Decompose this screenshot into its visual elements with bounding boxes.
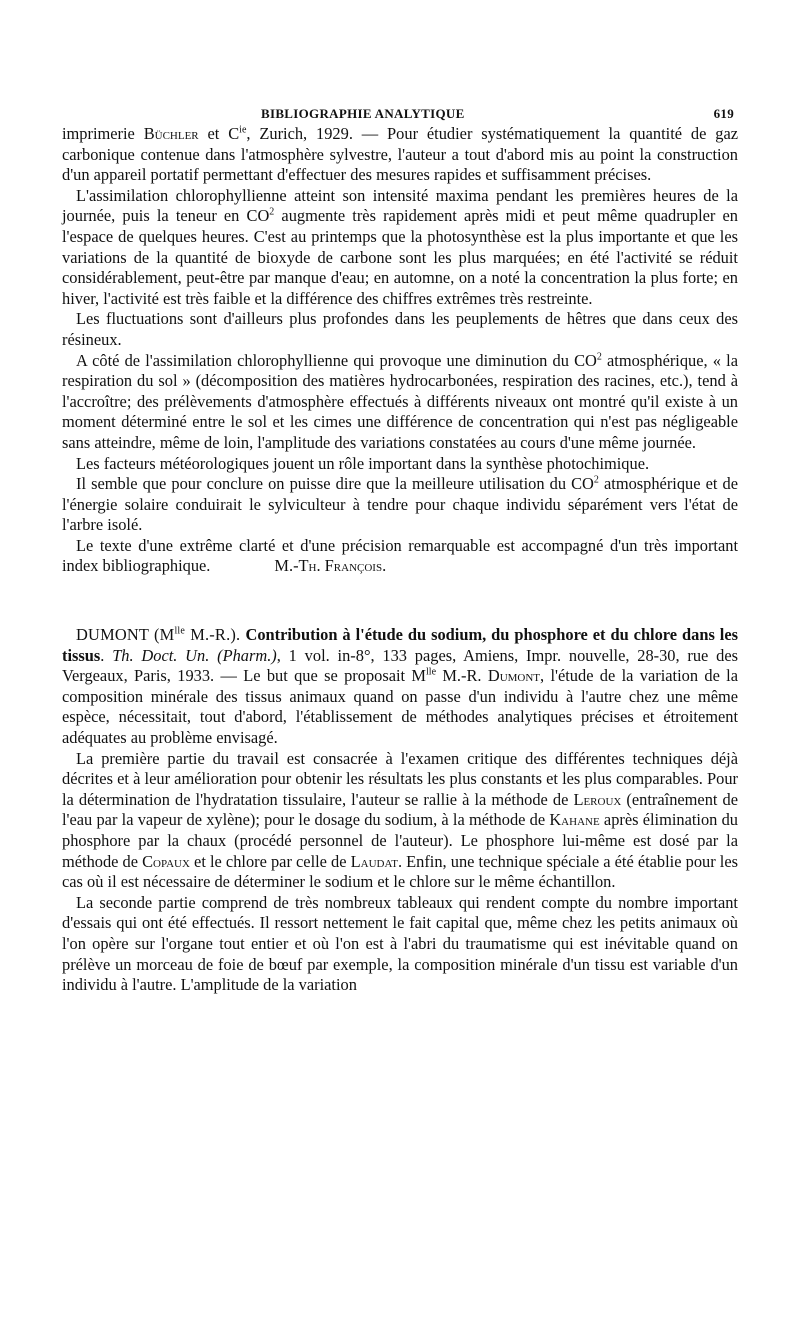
- running-header: BIBLIOGRAPHIE ANALYTIQUE 619: [62, 100, 738, 124]
- review1-paragraph-5: Les facteurs météorologiques jouent un r…: [62, 454, 738, 475]
- entry-author: DUMONT (Mlle M.-R.).: [76, 625, 245, 644]
- review1-paragraph-3: Les fluctuations sont d'ailleurs plus pr…: [62, 309, 738, 350]
- reviewer-signature: M.-Th. François.: [260, 556, 386, 577]
- review1-paragraph-4: A côté de l'assimilation chlorophyllienn…: [62, 351, 738, 454]
- review2-paragraph-2: La première partie du travail est consac…: [62, 749, 738, 893]
- entry-series: Th. Doct. Un. (Pharm.): [112, 646, 277, 665]
- review1-paragraph-2: L'assimilation chlorophyllienne atteint …: [62, 186, 738, 310]
- page-number: 619: [714, 106, 734, 122]
- review-co2-forest: imprimerie Büchler et Cie, Zurich, 1929.…: [62, 124, 738, 577]
- section-gap: [62, 577, 738, 625]
- running-title: BIBLIOGRAPHIE ANALYTIQUE: [261, 106, 465, 122]
- review1-paragraph-6: Il semble que pour conclure on puisse di…: [62, 474, 738, 536]
- review-dumont: DUMONT (Mlle M.-R.). Contribution à l'ét…: [62, 625, 738, 996]
- review1-paragraph-1: imprimerie Büchler et Cie, Zurich, 1929.…: [62, 124, 738, 186]
- review1-paragraph-7: Le texte d'une extrême clarté et d'une p…: [62, 536, 738, 577]
- review2-paragraph-3: La seconde partie comprend de très nombr…: [62, 893, 738, 996]
- review2-paragraph-1: DUMONT (Mlle M.-R.). Contribution à l'ét…: [62, 625, 738, 749]
- document-page: BIBLIOGRAPHIE ANALYTIQUE 619 imprimerie …: [62, 100, 738, 996]
- publisher-name: Büchler: [144, 124, 199, 143]
